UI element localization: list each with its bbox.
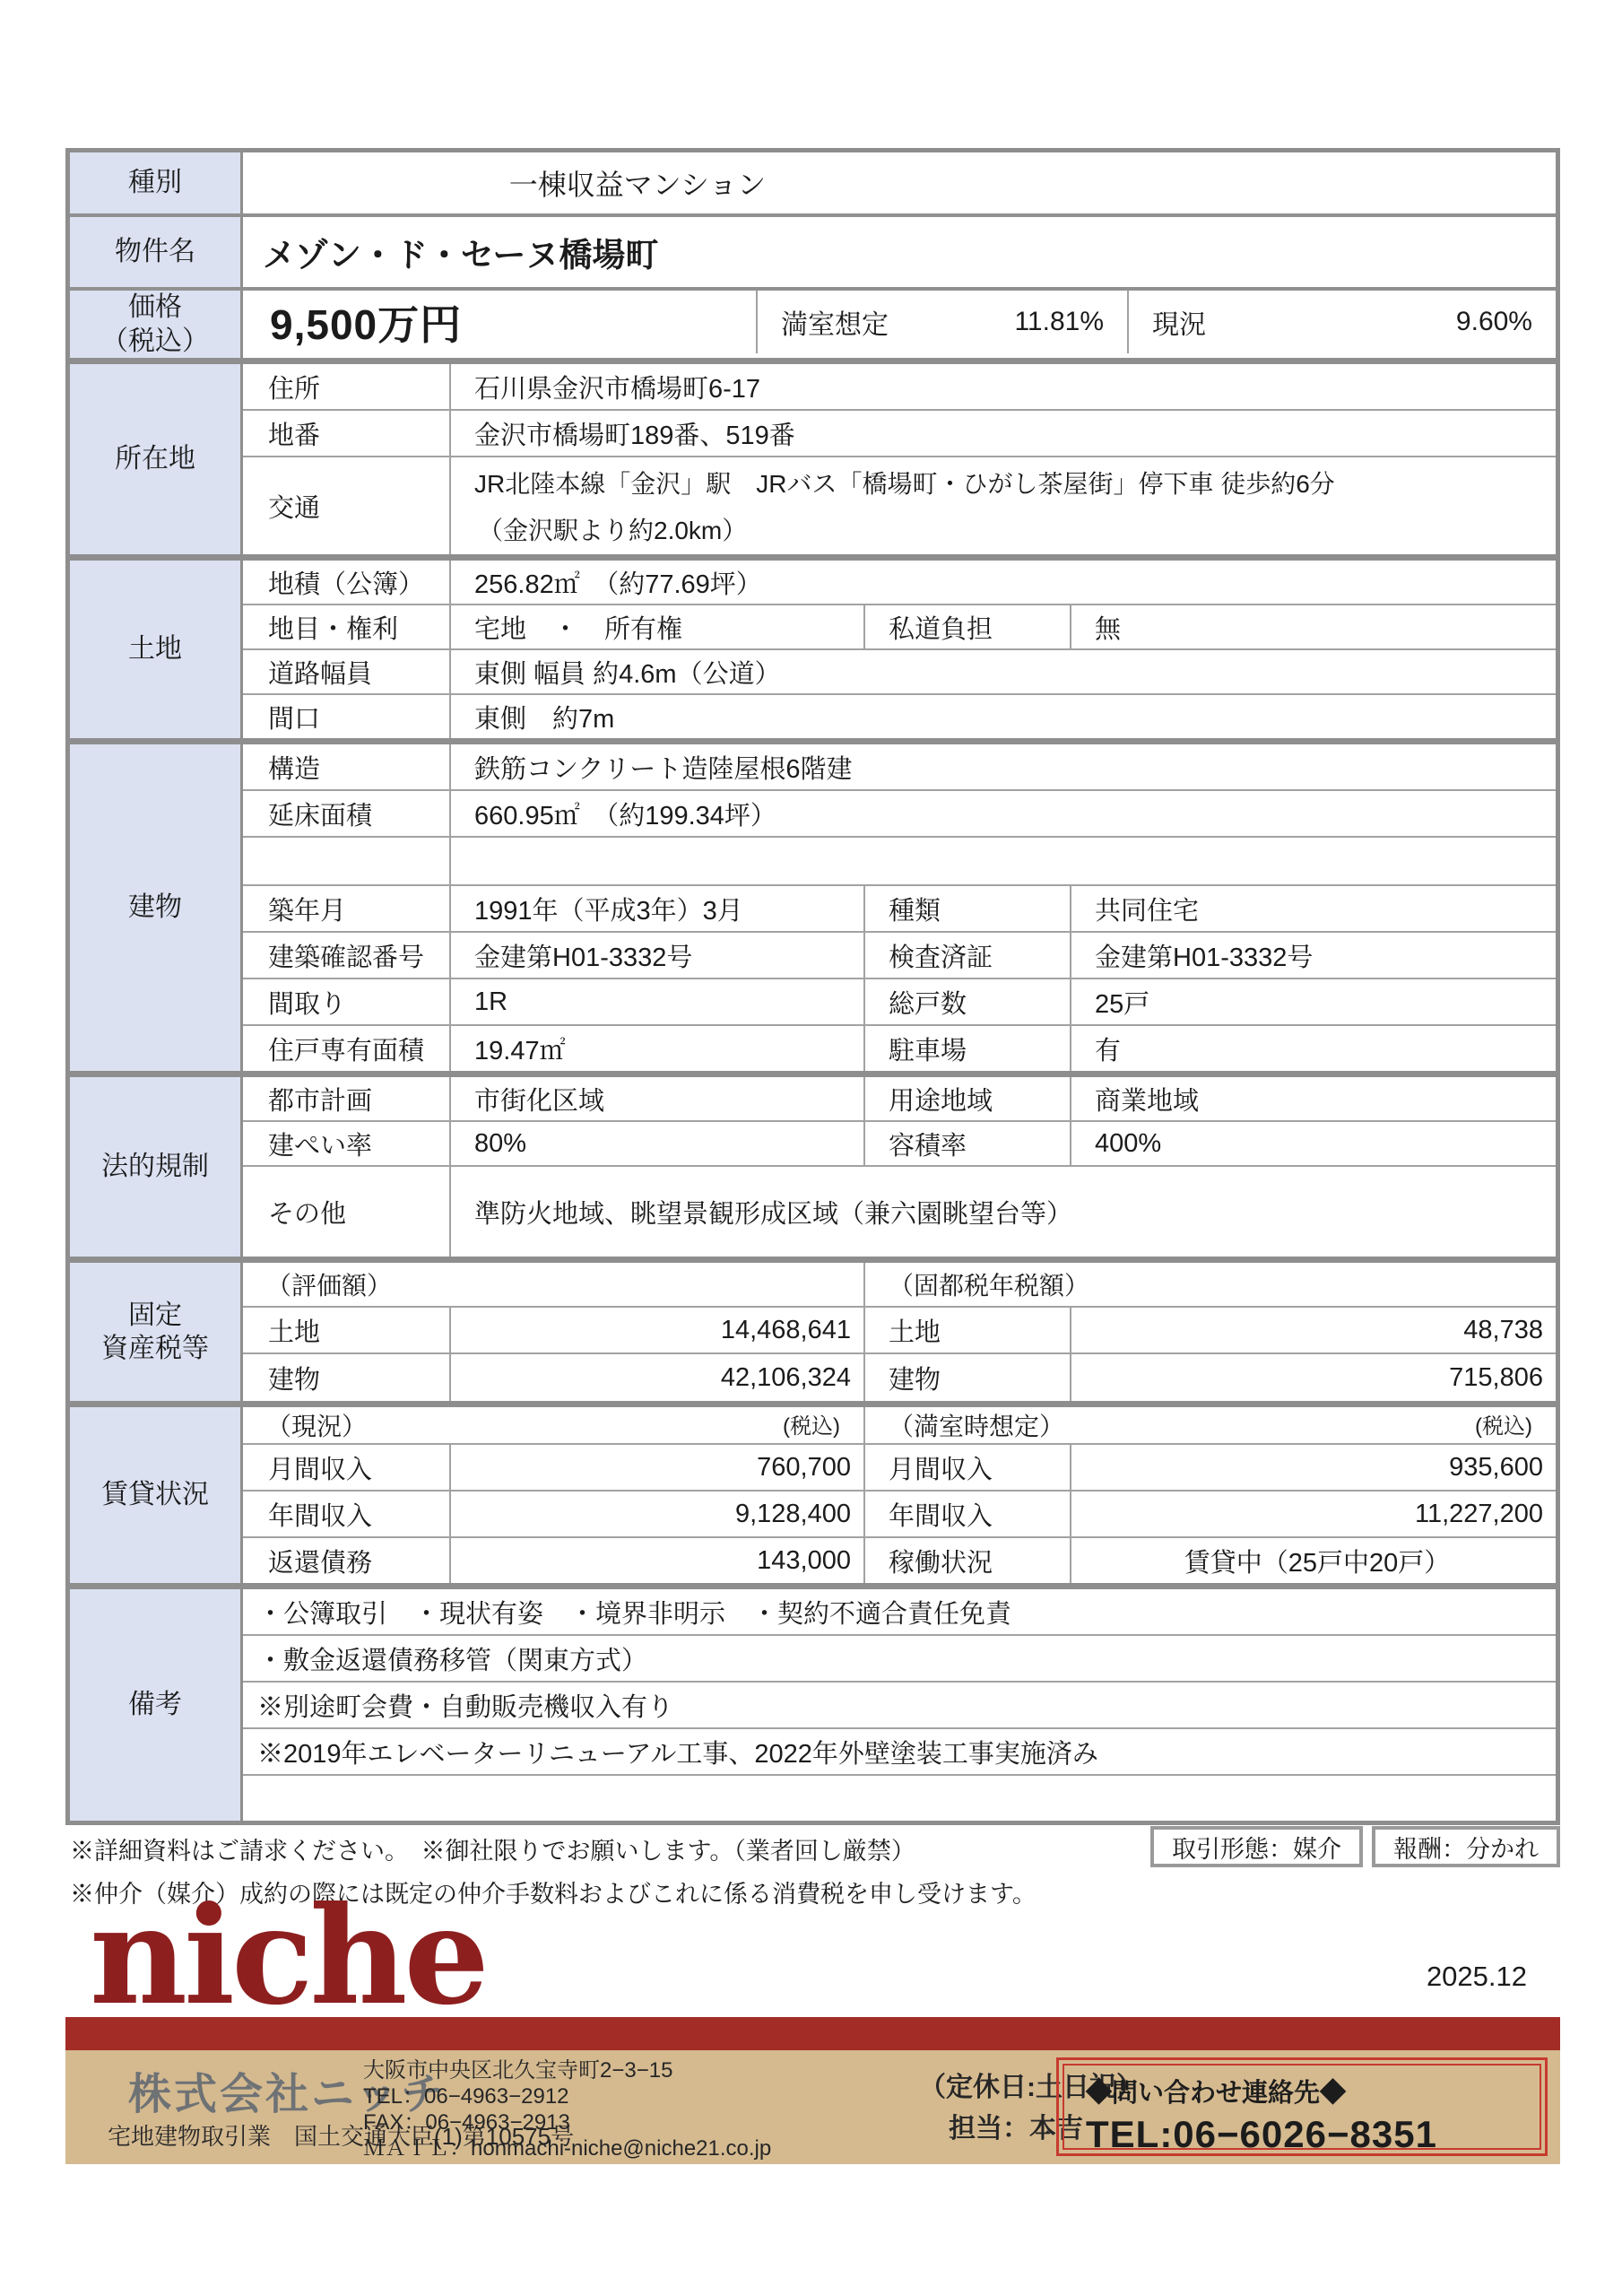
legal-other-value: 準防火地域、眺望景観形成区域（兼六園眺望台等） [449,1167,1556,1257]
transport-line1: JR北陸本線「金沢」駅 JRバス「橋場町・ひがし茶屋街」停下車 徒歩約6分 [474,465,1335,500]
floor-area-label: 延床面積 [243,791,449,836]
full-occupancy-yield-cell: 満室想定 11.81% [756,291,1127,353]
parking-label: 駐車場 [863,1026,1070,1071]
monthly-income-label-right: 月間収入 [863,1445,1070,1490]
footer-company-bar: 株式会社ニッチ 宅地建物取引業 国土交通大臣(1)第10575号 大阪市中央区北… [65,2050,1560,2164]
full-occupancy-header: （満室時想定） (税込) [863,1407,1556,1443]
annual-tax-header: （固都税年税額） [863,1263,1556,1306]
private-road-value: 無 [1070,605,1556,648]
inquiry-contact-box: ◆問い合わせ連絡先◆ TEL:06−6026−8351 [1056,2057,1548,2156]
rental-status-label: 賃貸状況 [70,1407,243,1583]
inspection-cert-value: 金建第H01-3332号 [1070,933,1556,978]
bcr-value: 80% [449,1122,863,1165]
building-permit-label: 建築確認番号 [243,933,449,978]
floor-area-value: 660.95㎡ （約199.34坪） [449,791,1556,836]
parking-value: 有 [1070,1026,1556,1071]
transport-value: JR北陸本線「金沢」駅 JRバス「橋場町・ひがし茶屋街」停下車 徒歩約6分 （金… [449,457,1556,554]
location-label: 所在地 [70,364,243,554]
current-yield-value: 9.60% [1456,307,1532,337]
building-assessed-value: 42,106,324 [449,1354,863,1401]
land-area-label: 地積（公簿） [243,561,449,604]
full-occupancy-yield-label: 満室想定 [781,302,889,342]
lot-number-value: 金沢市橋場町189番、519番 [449,411,1556,456]
structure-label: 構造 [243,744,449,789]
price-value: 9,500万円 [243,291,756,353]
full-header-text: （満室時想定） [889,1407,1064,1443]
occupancy-value: 賃貸中（25戸中20戸） [1070,1538,1556,1583]
section-type: 種別 一棟収益マンション [70,152,1556,213]
annual-income-full: 11,227,200 [1070,1492,1556,1536]
building-empty-value [449,838,1556,884]
land-label: 土地 [70,561,243,738]
company-contact-block: 大阪市中央区北久宝寺町2−3−15 TEL：06−4963−2912 FAX：0… [363,2057,771,2161]
type-value: 一棟収益マンション [243,152,1556,213]
remarks-label: 備考 [70,1589,243,1821]
full-tax-note: (税込) [1475,1408,1532,1443]
transport-line2: （金沢駅より約2.0km） [478,511,747,547]
deposit-refund-value: 143,000 [449,1538,863,1583]
legal-label: 法的規制 [70,1077,243,1257]
section-property-tax: 固定 資産税等 （評価額） （固都税年税額） 土地 14,468,641 土地 … [70,1257,1556,1401]
issue-date: 2025.12 [1427,1961,1527,1993]
monthly-income-full: 935,600 [1070,1445,1556,1490]
current-income-header: （現況） (税込) [243,1407,863,1443]
legal-other-label: その他 [243,1167,449,1257]
property-flyer-page: 種別 一棟収益マンション 物件名 メゾン・ド・セーヌ橋場町 価格 （税込） 9,… [0,0,1622,2296]
section-land: 土地 地積（公簿） 256.82㎡ （約77.69坪） 地目・権利 宅地 ・ 所… [70,554,1556,738]
layout-value: 1R [449,979,863,1024]
inspection-cert-label: 検査済証 [863,933,1070,978]
far-value: 400% [1070,1122,1556,1165]
address-value: 石川県金沢市橋場町6-17 [449,364,1556,409]
assessed-value-header: （評価額） [243,1263,863,1306]
remarks-line4: ※2019年エレベーターリニューアル工事、2022年外壁塗装工事実施済み [243,1729,1556,1774]
remarks-line1: ・公簿取引 ・現状有姿 ・境界非明示 ・契約不適合責任免責 [243,1589,1556,1634]
inquiry-tel: TEL:06−6026−8351 [1086,2113,1540,2156]
property-name-label: 物件名 [70,217,243,287]
current-tax-note: (税込) [783,1408,840,1443]
total-units-label: 総戸数 [863,979,1070,1024]
frontage-value: 東側 約7m [449,695,1556,738]
current-yield-cell: 現況 9.60% [1127,291,1556,353]
section-building: 建物 構造 鉄筋コンクリート造陸屋根6階建 延床面積 660.95㎡ （約199… [70,738,1556,1071]
monthly-income-label-left: 月間収入 [243,1445,449,1490]
request-note: ※詳細資料はご請求ください。 ※御社限りでお願いします。（業者回し厳禁） [70,1831,915,1866]
footer-red-bar [65,2017,1560,2050]
city-planning-value: 市街化区域 [449,1077,863,1120]
commission-box: 報酬：分かれ [1372,1826,1560,1867]
remarks-line5-empty [243,1776,1556,1821]
unit-area-value: 19.47㎡ [449,1026,863,1071]
section-location: 所在地 住所 石川県金沢市橋場町6-17 地番 金沢市橋場町189番、519番 … [70,358,1556,554]
layout-label: 間取り [243,979,449,1024]
lot-number-label: 地番 [243,411,449,456]
section-rental-status: 賃貸状況 （現況） (税込) （満室時想定） (税込) 月間収入 760,700… [70,1401,1556,1583]
building-permit-value: 金建第H01-3332号 [449,933,863,978]
annual-income-label-left: 年間収入 [243,1492,449,1536]
building-label: 建物 [70,744,243,1071]
company-fax: FAX：06−4963−2913 [363,2109,771,2135]
remarks-line3: ※別途町会費・自動販売機収入有り [243,1683,1556,1727]
inquiry-title: ◆問い合わせ連絡先◆ [1086,2073,1540,2109]
section-legal: 法的規制 都市計画 市街化区域 用途地域 商業地域 建ぺい率 80% 容積率 4… [70,1071,1556,1257]
land-area-value: 256.82㎡ （約77.69坪） [449,561,1556,604]
current-yield-label: 現況 [1152,302,1206,342]
transaction-type-box: 取引形態：媒介 [1150,1826,1363,1867]
current-header-text: （現況） [266,1407,367,1443]
built-date-value: 1991年（平成3年）3月 [449,886,863,931]
company-mail: ＭＡＩＬ：honmachi-niche@niche21.co.jp [363,2135,771,2161]
frontage-label: 間口 [243,695,449,738]
transport-label: 交通 [243,457,449,554]
annual-income-current: 9,128,400 [449,1492,863,1536]
total-units-value: 25戸 [1070,979,1556,1024]
remarks-line2: ・敷金返還債務移管（関東方式） [243,1636,1556,1681]
bcr-label: 建ぺい率 [243,1122,449,1165]
private-road-label: 私道負担 [863,605,1070,648]
tax-land-label-right: 土地 [863,1308,1070,1352]
deposit-refund-label: 返還債務 [243,1538,449,1583]
section-remarks: 備考 ・公簿取引 ・現状有姿 ・境界非明示 ・契約不適合責任免責 ・敷金返還債務… [70,1583,1556,1821]
address-label: 住所 [243,364,449,409]
far-label: 容積率 [863,1122,1070,1165]
monthly-income-current: 760,700 [449,1445,863,1490]
occupancy-label: 稼働状況 [863,1538,1070,1583]
land-annual-tax: 48,738 [1070,1308,1556,1352]
company-address: 大阪市中央区北久宝寺町2−3−15 [363,2057,771,2083]
land-category-value: 宅地 ・ 所有権 [449,605,863,648]
type-label: 種別 [70,152,243,213]
building-kind-value: 共同住宅 [1070,886,1556,931]
road-width-label: 道路幅員 [243,650,449,693]
niche-logo: niche [90,1894,486,2018]
price-label: 価格 （税込） [70,291,243,358]
building-empty-label [243,838,449,884]
structure-value: 鉄筋コンクリート造陸屋根6階建 [449,744,1556,789]
annual-income-label-right: 年間収入 [863,1492,1070,1536]
tax-land-label-left: 土地 [243,1308,449,1352]
company-tel: TEL：06−4963−2912 [363,2083,771,2109]
section-price: 価格 （税込） 9,500万円 満室想定 11.81% 現況 9.60% [70,287,1556,358]
property-name-value: メゾン・ド・セーヌ橋場町 [243,217,1556,287]
tax-building-label-right: 建物 [863,1354,1070,1401]
city-planning-label: 都市計画 [243,1077,449,1120]
property-tax-label: 固定 資産税等 [70,1263,243,1401]
building-annual-tax: 715,806 [1070,1354,1556,1401]
inquiry-contact-inner: ◆問い合わせ連絡先◆ TEL:06−6026−8351 [1063,2064,1541,2150]
section-property-name: 物件名 メゾン・ド・セーヌ橋場町 [70,213,1556,287]
built-date-label: 築年月 [243,886,449,931]
tax-building-label-left: 建物 [243,1354,449,1401]
road-width-value: 東側 幅員 約4.6m（公道） [449,650,1556,693]
land-category-label: 地目・権利 [243,605,449,648]
deal-type-boxes: 取引形態：媒介 報酬：分かれ [1150,1826,1560,1867]
zoning-value: 商業地域 [1070,1077,1556,1120]
building-kind-label: 種類 [863,886,1070,931]
property-summary-table: 種別 一棟収益マンション 物件名 メゾン・ド・セーヌ橋場町 価格 （税込） 9,… [65,148,1560,1825]
zoning-label: 用途地域 [863,1077,1070,1120]
land-assessed-value: 14,468,641 [449,1308,863,1352]
unit-area-label: 住戸専有面積 [243,1026,449,1071]
full-occupancy-yield-value: 11.81% [1014,307,1104,337]
